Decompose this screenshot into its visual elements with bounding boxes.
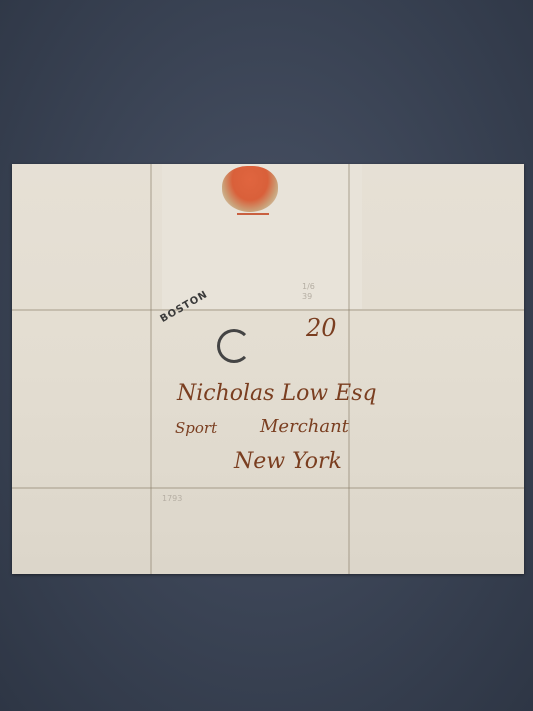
wax-seal-mark (237, 213, 269, 215)
fold-line (12, 309, 524, 311)
address-line-title: Merchant (260, 416, 349, 437)
postmark-c-icon (217, 329, 251, 363)
fold-line (348, 164, 350, 574)
side-note: Sport (175, 419, 217, 437)
address-line-city: New York (234, 449, 342, 474)
address-line-name: Nicholas Low Esq (177, 381, 377, 406)
pencil-note: 39 (302, 292, 312, 301)
folded-letter: 1/6 39 1793 BOSTON 20 Nicholas Low Esq M… (12, 164, 524, 574)
fold-line (12, 487, 524, 489)
fold-line (150, 164, 152, 574)
pencil-note: 1/6 (302, 282, 315, 291)
postage-rate: 20 (306, 314, 337, 342)
pencil-note: 1793 (162, 494, 182, 503)
wax-seal (222, 166, 278, 212)
